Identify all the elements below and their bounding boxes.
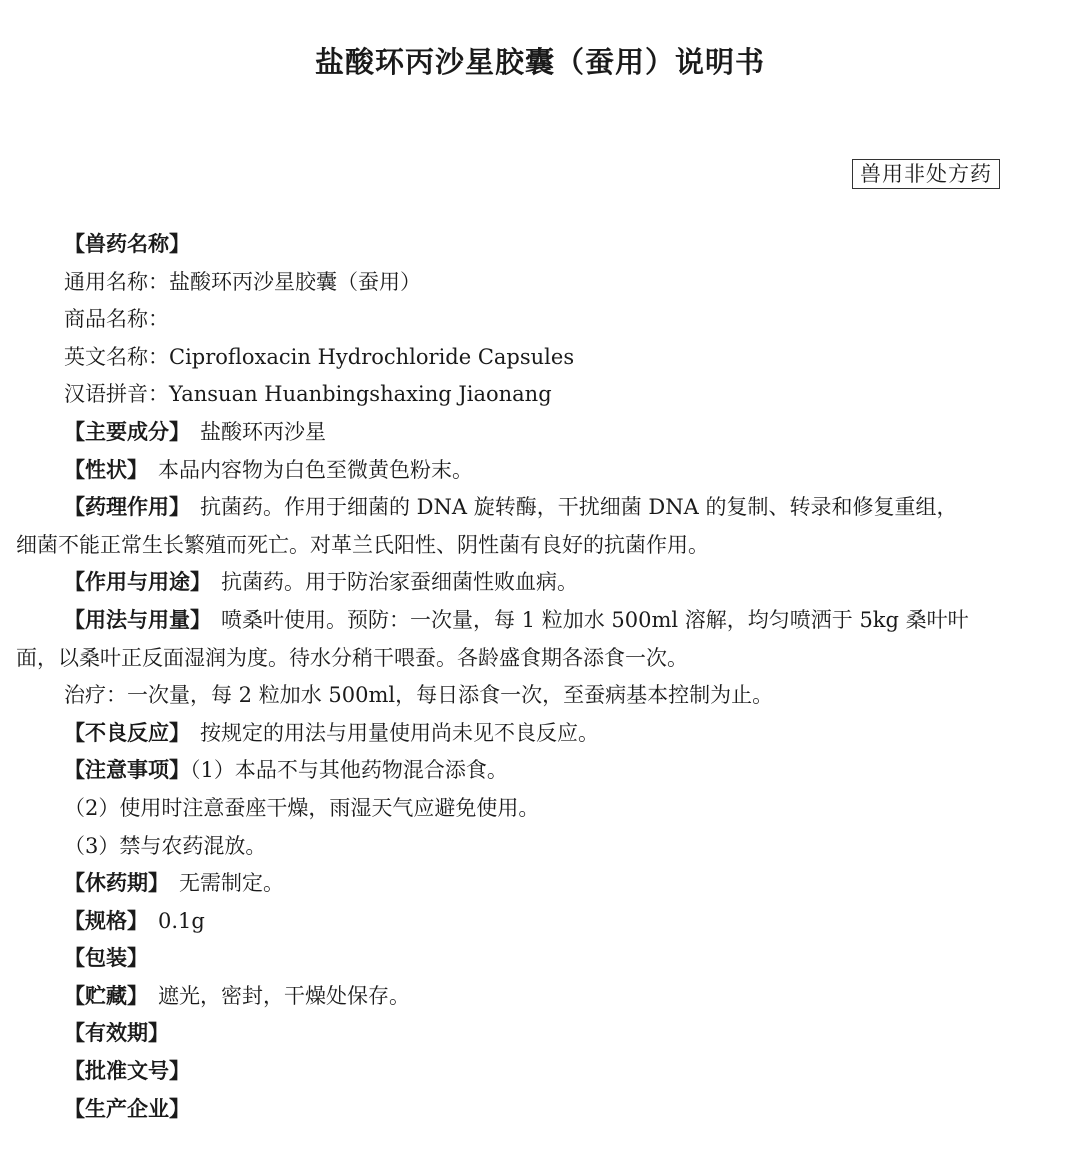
section-heading: 【不良反应】 [64, 721, 190, 745]
document-body: 【兽药名称】 通用名称：盐酸环丙沙星胶囊（蚕用） 商品名称： 英文名称：Cipr… [16, 226, 1064, 1128]
section-heading: 【贮藏】 [64, 984, 148, 1008]
section-text: 喷桑叶使用。预防：一次量，每 1 粒加水 500ml 溶解，均匀喷洒于 5kg … [221, 608, 969, 632]
section-pharmacology: 【药理作用】抗菌药。作用于细菌的 DNA 旋转酶，干扰细菌 DNA 的复制、转录… [16, 489, 1064, 527]
section-adverse: 【不良反应】按规定的用法与用量使用尚未见不良反应。 [16, 715, 1064, 753]
section-text: 无需制定。 [179, 871, 284, 895]
section-heading: 【主要成分】 [64, 420, 190, 444]
section-text: 盐酸环丙沙星 [200, 420, 326, 444]
section-manufacturer: 【生产企业】 [16, 1091, 1064, 1129]
section-heading: 【药理作用】 [64, 495, 190, 519]
precaution-item: （1）本品不与其他药物混合添食。 [190, 758, 508, 782]
section-package: 【包装】 [16, 940, 1064, 978]
document-title: 盐酸环丙沙星胶囊（蚕用）说明书 [0, 40, 1080, 81]
section-heading: 【包装】 [64, 946, 148, 970]
section-precautions: 【注意事项】（1）本品不与其他药物混合添食。 [16, 752, 1064, 790]
section-heading: 【有效期】 [64, 1021, 169, 1045]
section-character: 【性状】本品内容物为白色至微黄色粉末。 [16, 452, 1064, 490]
section-heading: 【性状】 [64, 458, 148, 482]
section-text: 抗菌药。用于防治家蚕细菌性败血病。 [221, 570, 578, 594]
section-heading: 【作用与用途】 [64, 570, 211, 594]
section-text: 本品内容物为白色至微黄色粉末。 [158, 458, 473, 482]
section-storage: 【贮藏】遮光，密封，干燥处保存。 [16, 978, 1064, 1016]
section-heading: 【注意事项】 [64, 758, 190, 782]
section-text: 按规定的用法与用量使用尚未见不良反应。 [200, 721, 599, 745]
section-heading: 【批准文号】 [64, 1059, 190, 1083]
dosage-continuation: 面，以桑叶正反面湿润为度。待水分稍干喂蚕。各龄盛食期各添食一次。 [16, 640, 1064, 678]
section-ingredient: 【主要成分】盐酸环丙沙星 [16, 414, 1064, 452]
section-indications: 【作用与用途】抗菌药。用于防治家蚕细菌性败血病。 [16, 564, 1064, 602]
english-name-line: 英文名称：Ciprofloxacin Hydrochloride Capsule… [16, 339, 1064, 377]
section-text: 遮光，密封，干燥处保存。 [158, 984, 410, 1008]
otc-badge: 兽用非处方药 [852, 159, 1000, 189]
section-heading: 【生产企业】 [64, 1097, 190, 1121]
pharmacology-continuation: 细菌不能正常生长繁殖而死亡。对革兰氏阳性、阴性菌有良好的抗菌作用。 [16, 527, 1064, 565]
dosage-treatment: 治疗：一次量，每 2 粒加水 500ml，每日添食一次，至蚕病基本控制为止。 [16, 677, 1064, 715]
section-approval: 【批准文号】 [16, 1053, 1064, 1091]
section-heading: 【休药期】 [64, 871, 169, 895]
section-withdrawal: 【休药期】无需制定。 [16, 865, 1064, 903]
section-name-heading: 【兽药名称】 [16, 226, 1064, 264]
precaution-item: （2）使用时注意蚕座干燥，雨湿天气应避免使用。 [16, 790, 1064, 828]
section-heading: 【规格】 [64, 909, 148, 933]
precaution-item: （3）禁与农药混放。 [16, 828, 1064, 866]
section-heading: 【用法与用量】 [64, 608, 211, 632]
section-validity: 【有效期】 [16, 1015, 1064, 1053]
section-spec: 【规格】0.1g [16, 903, 1064, 941]
pinyin-line: 汉语拼音：Yansuan Huanbingshaxing Jiaonang [16, 376, 1064, 414]
generic-name-line: 通用名称：盐酸环丙沙星胶囊（蚕用） [16, 264, 1064, 302]
section-text: 0.1g [158, 909, 205, 933]
section-heading: 【兽药名称】 [64, 232, 190, 256]
section-text: 抗菌药。作用于细菌的 DNA 旋转酶，干扰细菌 DNA 的复制、转录和修复重组， [200, 495, 957, 519]
section-dosage: 【用法与用量】喷桑叶使用。预防：一次量，每 1 粒加水 500ml 溶解，均匀喷… [16, 602, 1064, 640]
trade-name-line: 商品名称： [16, 301, 1064, 339]
